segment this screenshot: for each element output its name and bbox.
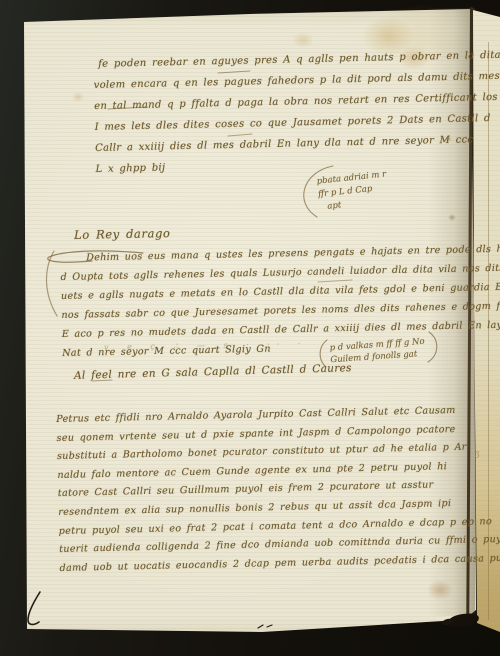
letter1-paragraph: fe poden reebar en aguyes pres A q aglls… — [93, 44, 500, 180]
letter2-heading: Lo Rey darago — [74, 226, 171, 242]
fore-edge-mark: ʒ — [475, 449, 480, 458]
chancery-note-1: pbata adriai m r ffr p L d Cap apt — [316, 168, 389, 214]
letter3-paragraph: Petrus etc ffidli nro Arnaldo Ayarola Ju… — [56, 401, 500, 578]
manuscript-photo: fe poden reebar en aguyes pres A q aglls… — [0, 0, 500, 656]
